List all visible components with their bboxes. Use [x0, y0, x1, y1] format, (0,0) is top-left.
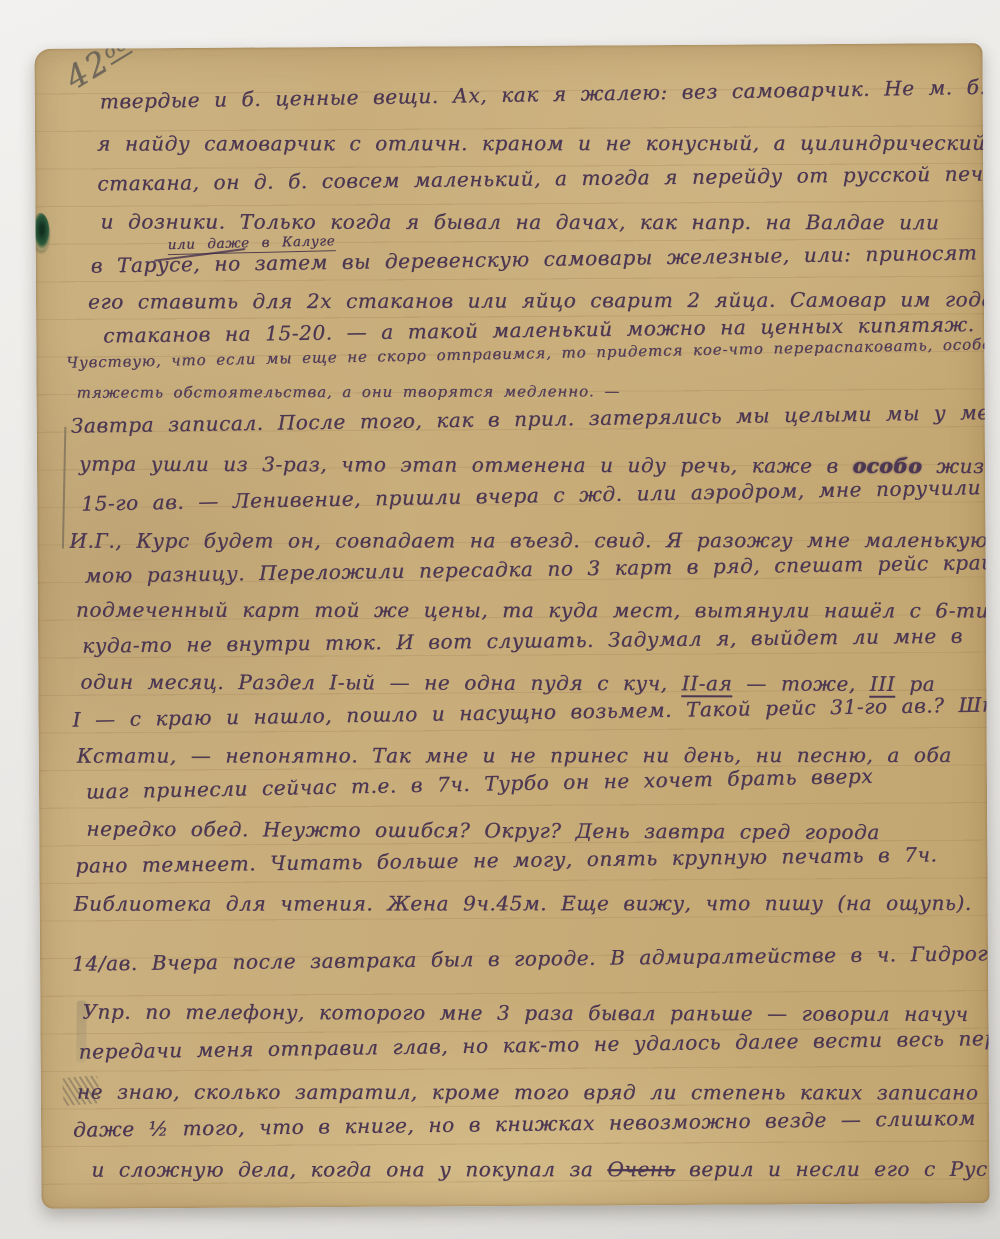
handwritten-line: 15-го ав. — Ленивение, пришли вчера с жд…	[81, 473, 989, 515]
handwritten-line: его ставить для 2х стаканов или яйцо сва…	[88, 288, 990, 312]
handwritten-line: 14/ав. Вчера после завтрака был в городе…	[72, 942, 990, 975]
handwritten-line: куда-то не внутри тюк. И вот слушать. За…	[82, 625, 963, 657]
handwritten-line: Библиотека для чтения. Жена 9ч.45м. Еще …	[74, 892, 972, 915]
photo-background: 42об твердые и б. ценные вещи. Ах, как я…	[0, 0, 1000, 1239]
manuscript-text: твердые и б. ценные вещи. Ах, как я жале…	[34, 43, 982, 49]
handwritten-line: один месяц. Раздел I-ый — не одна пудя с…	[80, 671, 935, 695]
green-paint-mark	[34, 213, 49, 251]
handwritten-line: передачи меня отправил глав, но как-то н…	[78, 1026, 989, 1063]
handwritten-line: стакана, он д. б. совсем маленький, а то…	[97, 162, 989, 194]
pencil-margin-line	[62, 427, 66, 549]
handwritten-line: Кстати, — непонятно. Так мне и не принес…	[77, 744, 952, 767]
handwritten-line: и дозники. Только когда я бывал на дачах…	[101, 211, 940, 234]
handwritten-line: даже ½ того, что в книге, но в книжках н…	[73, 1106, 990, 1141]
handwritten-line: рано темнеет. Читать больше не могу, опя…	[75, 843, 937, 876]
manuscript-page: 42об твердые и б. ценные вещи. Ах, как я…	[34, 43, 989, 1209]
handwritten-line: Упр. по телефону, которого мне 3 раза бы…	[82, 1001, 968, 1025]
handwritten-line: нередко обед. Неужто ошибся? Округ? День…	[86, 818, 880, 843]
handwritten-line: твердые и б. ценные вещи. Ах, как я жале…	[100, 76, 987, 113]
handwritten-line: я найду самоварчик с отличн. краном и не…	[97, 132, 989, 155]
handwritten-line: Завтра записал. После того, как в прил. …	[71, 400, 990, 437]
handwritten-line: утра ушли из 3-раз, что этап отменена и …	[79, 453, 990, 478]
handwritten-line: не знаю, сколько затратил, кроме того вр…	[77, 1081, 979, 1104]
handwritten-line: шаг принесли сейчас т.е. в 7ч. Турбо он …	[86, 765, 874, 803]
handwritten-line: и сложную дела, когда она у покупал за О…	[91, 1158, 989, 1181]
handwritten-line: И.Г., Курс будет он, совпадает на въезд.…	[69, 529, 989, 552]
handwritten-line: тяжесть обстоятельства, а они творятся м…	[77, 383, 621, 401]
handwritten-line: подмеченный карт той же цены, та куда ме…	[76, 599, 990, 622]
handwritten-line: мою разницу. Переложили пересадка по 3 к…	[85, 549, 990, 587]
handwritten-line: I — с краю и нашло, пошло и насущно возь…	[72, 692, 989, 730]
